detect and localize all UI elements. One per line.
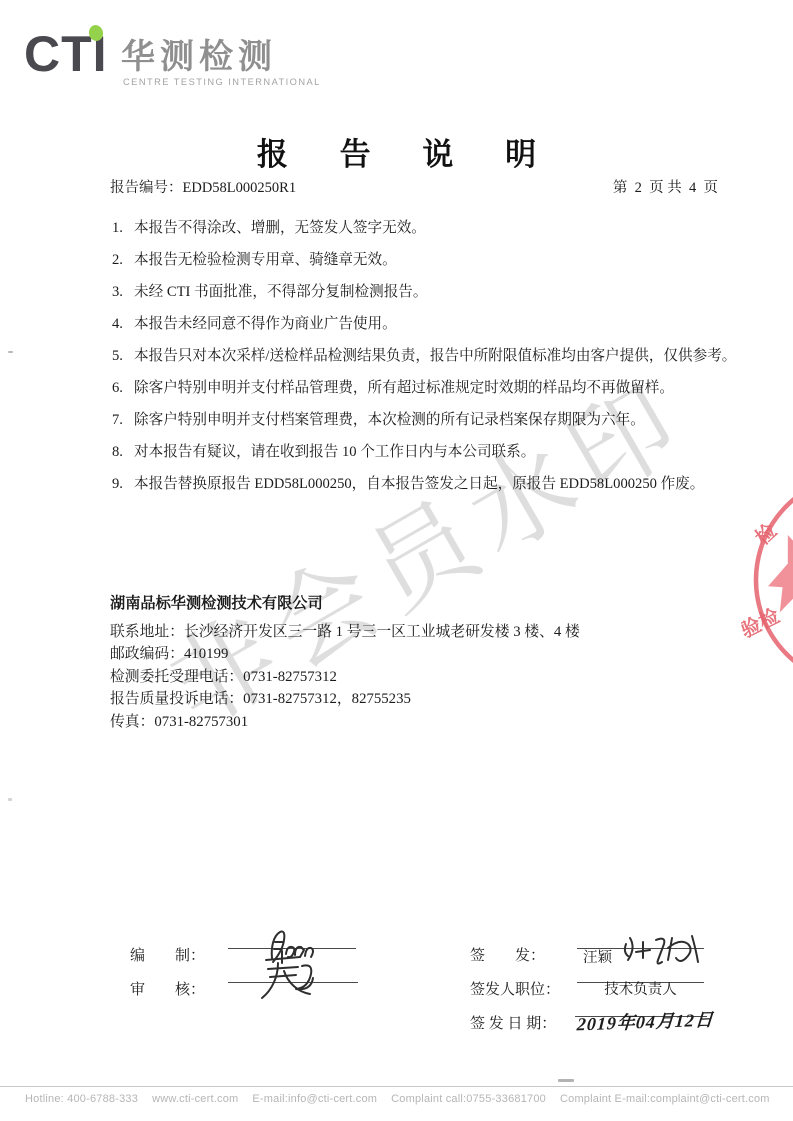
report-number: 报告编号：EDD58L000250R1 — [110, 176, 296, 197]
company-fax: 传真：0731-82757301 — [110, 711, 580, 733]
note-text: 本报告不得涂改、增删，无签发人签字无效。 — [134, 221, 426, 237]
footer-website: www.cti-cert.com — [152, 1093, 238, 1105]
note-item: 9.本报告替换原报告 EDD58L000250，自本报告签发之日起，原报告 ED… — [112, 477, 747, 493]
note-number: 8. — [112, 445, 134, 461]
footer-complaint-email: Complaint E-mail:complaint@cti-cert.com — [560, 1093, 770, 1105]
note-number: 1. — [112, 221, 134, 237]
company-address: 联系地址：长沙经济开发区三一路 1 号三一区工业城老研发楼 3 楼、4 楼 — [110, 621, 580, 643]
page-title: 报 告 说 明 — [0, 129, 793, 174]
note-text: 本报告替换原报告 EDD58L000250，自本报告签发之日起，原报告 EDD5… — [134, 477, 704, 493]
company-logo-cn-name: 华测检测 — [121, 40, 277, 74]
reviewed-by-label: 审 核： — [130, 978, 205, 999]
footer-complaint-call: Complaint call:0755-33681700 — [391, 1093, 546, 1105]
note-text: 未经 CTI 书面批准，不得部分复制检测报告。 — [134, 285, 428, 301]
note-item: 2.本报告无检验检测专用章、骑缝章无效。 — [112, 253, 747, 269]
note-text: 本报告未经同意不得作为商业广告使用。 — [134, 317, 397, 333]
report-number-label: 报告编号： — [110, 180, 183, 196]
note-item: 3.未经 CTI 书面批准，不得部分复制检测报告。 — [112, 285, 747, 301]
note-number: 3. — [112, 285, 134, 301]
issued-by-label: 签 发： — [470, 944, 545, 965]
footer-hotline: Hotline: 400-6788-333 — [25, 1093, 138, 1105]
company-postcode: 邮政编码：410199 — [110, 643, 580, 665]
note-number: 4. — [112, 317, 134, 333]
svg-text:检: 检 — [750, 518, 782, 550]
meta-row: 报告编号：EDD58L000250R1 第 2 页 共 4 页 — [110, 176, 718, 197]
report-page: 非会员水印 CTI 华测检测 CENTRE TESTING INTERNATIO… — [0, 0, 793, 1121]
company-name: 湖南品标华测检测技术有限公司 — [110, 592, 580, 613]
inspection-seal-icon: 检 验检 — [741, 490, 793, 670]
scan-speck — [8, 351, 13, 353]
issuer-position-value: 技术负责人 — [577, 978, 704, 999]
company-logo-subtitle: CENTRE TESTING INTERNATIONAL — [123, 77, 321, 87]
note-text: 本报告无检验检测专用章、骑缝章无效。 — [134, 253, 397, 269]
svg-text:验检: 验检 — [741, 603, 784, 643]
issue-date-label: 签 发 日 期： — [470, 1012, 556, 1033]
note-item: 7.除客户特别申明并支付档案管理费，本次检测的所有记录档案保存期限为六年。 — [112, 413, 747, 429]
note-number: 2. — [112, 253, 134, 269]
issued-signature — [620, 930, 704, 966]
note-text: 除客户特别申明并支付样品管理费，所有超过标准规定时效期的样品均不再做留样。 — [134, 381, 674, 397]
note-item: 8.对本报告有疑议，请在收到报告 10 个工作日内与本公司联系。 — [112, 445, 747, 461]
company-contact-block: 湖南品标华测检测技术有限公司 联系地址：长沙经济开发区三一路 1 号三一区工业城… — [110, 592, 580, 733]
report-number-value: EDD58L000250R1 — [183, 180, 297, 196]
note-item: 5.本报告只对本次采样/送检样品检测结果负责，报告中所附限值标准均由客户提供，仅… — [112, 349, 747, 365]
note-number: 6. — [112, 381, 134, 397]
note-text: 对本报告有疑议，请在收到报告 10 个工作日内与本公司联系。 — [134, 445, 535, 461]
note-item: 6.除客户特别申明并支付样品管理费，所有超过标准规定时效期的样品均不再做留样。 — [112, 381, 747, 397]
prepared-by-label: 编 制： — [130, 944, 205, 965]
page-indicator: 第 2 页 共 4 页 — [613, 176, 718, 197]
reviewed-signature — [254, 948, 322, 1004]
note-item: 4.本报告未经同意不得作为商业广告使用。 — [112, 317, 747, 333]
note-text: 本报告只对本次采样/送检样品检测结果负责，报告中所附限值标准均由客户提供，仅供参… — [134, 349, 736, 365]
issuer-position-label: 签发人职位： — [470, 978, 560, 999]
notes-list: 1.本报告不得涂改、增删，无签发人签字无效。 2.本报告无检验检测专用章、骑缝章… — [112, 221, 747, 509]
note-number: 9. — [112, 477, 134, 493]
scan-speck — [8, 798, 12, 801]
page-footer: Hotline: 400-6788-333 www.cti-cert.com E… — [0, 1086, 793, 1105]
footer-email: E-mail:info@cti-cert.com — [252, 1093, 377, 1105]
note-number: 5. — [112, 349, 134, 365]
company-complaint-phone: 报告质量投诉电话：0731-82757312，82755235 — [110, 688, 580, 710]
company-commission-phone: 检测委托受理电话：0731-82757312 — [110, 666, 580, 688]
issuer-printed-name: 汪颖 — [583, 946, 612, 967]
note-number: 7. — [112, 413, 134, 429]
note-item: 1.本报告不得涂改、增删，无签发人签字无效。 — [112, 221, 747, 237]
issue-date-value: 2019年04月12日 — [576, 1006, 715, 1037]
note-text: 除客户特别申明并支付档案管理费，本次检测的所有记录档案保存期限为六年。 — [134, 413, 645, 429]
scan-speck — [558, 1079, 574, 1082]
